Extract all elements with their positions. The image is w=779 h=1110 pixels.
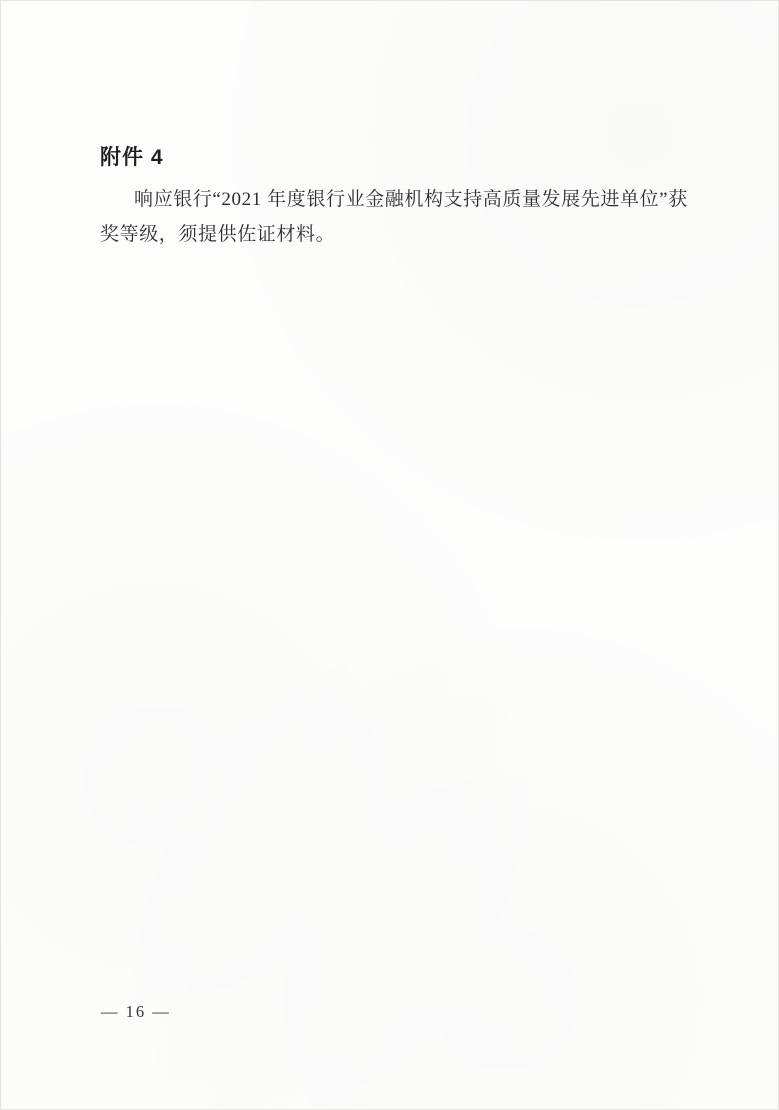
page-number: — 16 — xyxy=(101,1002,171,1022)
attachment-heading: 附件 4 xyxy=(100,141,164,171)
paragraph-line-2: 奖等级，须提供佐证材料。 xyxy=(100,217,718,252)
paragraph-line-1: 响应银行“2021 年度银行业金融机构支持高质量发展先进单位”获 xyxy=(100,182,718,217)
paragraph: 响应银行“2021 年度银行业金融机构支持高质量发展先进单位”获 奖等级，须提供… xyxy=(100,182,718,252)
document-page: 附件 4 响应银行“2021 年度银行业金融机构支持高质量发展先进单位”获 奖等… xyxy=(0,0,779,1110)
